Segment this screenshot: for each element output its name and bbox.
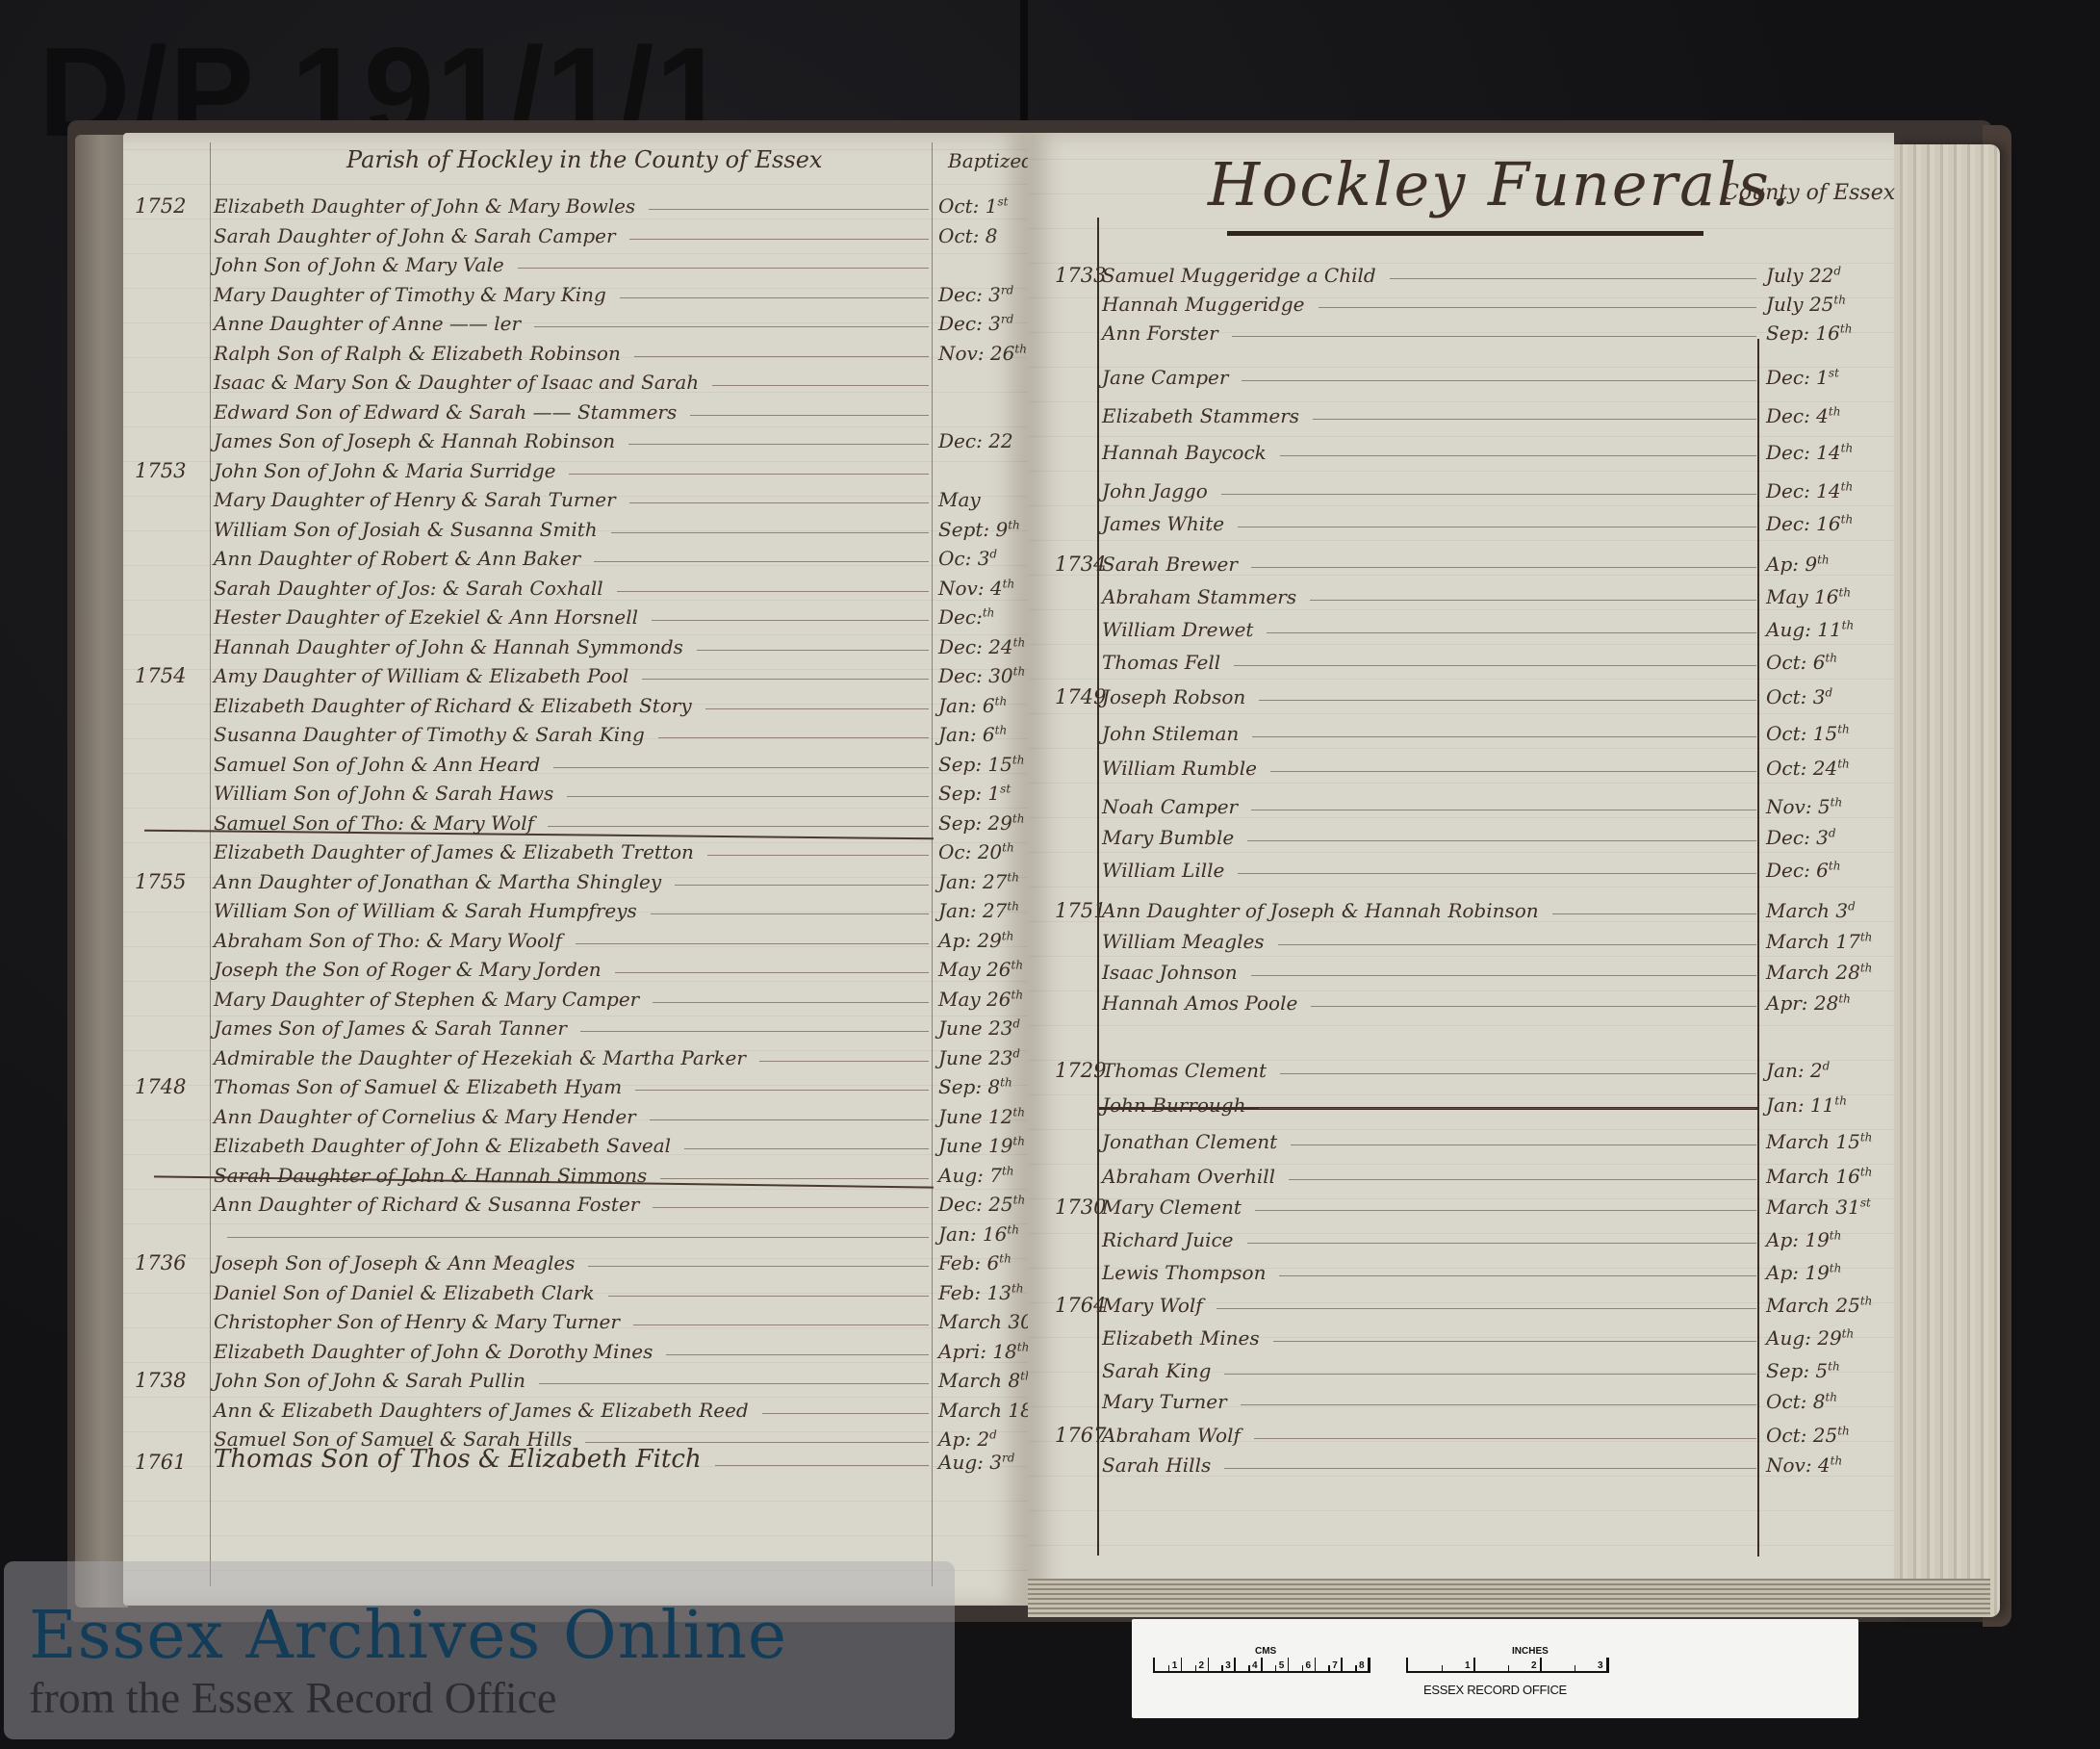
- entry-date: Aug: 29th: [1766, 1326, 1901, 1350]
- register-entry: 1755Ann Daughter of Jonathan & Martha Sh…: [214, 864, 1027, 893]
- entry-date: Jan: 11th: [1766, 1093, 1901, 1117]
- entry-year: 1761: [135, 1451, 186, 1474]
- left-page-header: Parish of Hockley in the County of Essex: [346, 146, 822, 173]
- entry-leader-line: [1232, 336, 1756, 337]
- entry-year: 1751: [1055, 899, 1106, 922]
- entry-leader-line: [617, 591, 929, 592]
- entry-date: Sep: 16th: [1766, 322, 1901, 345]
- entry-name: John Son of John & Mary Vale: [214, 253, 504, 276]
- register-entry: Thomas FellOct: 6th: [1102, 645, 1901, 674]
- entry-date: March 8th: [938, 1369, 1027, 1392]
- entry-leader-line: [629, 502, 929, 503]
- entry-leader-line: [684, 1148, 929, 1149]
- entry-name: Hannah Daughter of John & Hannah Symmond…: [214, 635, 683, 658]
- entry-date: Feb: 6th: [938, 1251, 1027, 1274]
- register-entry: William Son of William & Sarah Humpfreys…: [214, 893, 1027, 922]
- measurement-ruler: CMS 12345678 INCHES 123 ESSEX RECORD OFF…: [1132, 1619, 1858, 1718]
- entry-name: Isaac Johnson: [1102, 961, 1238, 984]
- ruler-major-tick: [1288, 1658, 1290, 1671]
- register-entry: Sarah KingSep: 5th: [1102, 1353, 1901, 1382]
- entry-date: March 31st: [1766, 1196, 1901, 1219]
- register-entry: Mary TurnerOct: 8th: [1102, 1384, 1901, 1413]
- entry-date: Dec: 1st: [1766, 366, 1901, 389]
- register-entry: Daniel Son of Daniel & Elizabeth ClarkFe…: [214, 1275, 1027, 1304]
- entry-leader-line: [628, 444, 929, 445]
- entry-leader-line: [629, 239, 929, 240]
- ruler-major-tick: [1181, 1658, 1183, 1671]
- entry-date: June 19th: [938, 1134, 1027, 1157]
- register-entry: Elizabeth Daughter of Richard & Elizabet…: [214, 688, 1027, 717]
- ruler-tick-label: 5: [1279, 1660, 1285, 1671]
- ruler-major-tick: [1341, 1658, 1343, 1671]
- ruler-minor-tick: [1221, 1665, 1223, 1671]
- entry-leader-line: [1278, 944, 1756, 945]
- entry-name: Ann Daughter of Cornelius & Mary Hender: [214, 1105, 636, 1128]
- register-entry: 1751Ann Daughter of Joseph & Hannah Robi…: [1102, 893, 1901, 922]
- entry-leader-line: [705, 708, 929, 709]
- entry-leader-line: [1259, 700, 1756, 701]
- county-label: County of Essex: [1723, 181, 1895, 205]
- register-entry: Sarah HillsNov: 4th: [1102, 1448, 1901, 1477]
- ruler-minor-tick: [1442, 1665, 1444, 1671]
- register-entry: Mary BumbleDec: 3d: [1102, 820, 1901, 849]
- register-entry: 1767Abraham WolfOct: 25th: [1102, 1418, 1901, 1447]
- entry-leader-line: [707, 855, 929, 856]
- entry-date: Dec: 3rd: [938, 312, 1027, 335]
- entry-date: Aug: 7th: [938, 1164, 1027, 1187]
- entry-date: Nov: 4th: [1766, 1453, 1901, 1477]
- entry-date: Oct: 6th: [1766, 651, 1901, 674]
- entry-leader-line: [534, 326, 929, 327]
- entry-date: Jan: 6th: [938, 723, 1027, 746]
- entry-name: Isaac & Mary Son & Daughter of Isaac and…: [214, 371, 699, 394]
- register-entry: Hannah BaycockDec: 14th: [1102, 435, 1901, 464]
- ruler-minor-tick: [1168, 1665, 1170, 1671]
- register-entry: 1749Joseph RobsonOct: 3d: [1102, 680, 1901, 708]
- entry-date: Sep: 1st: [938, 782, 1027, 805]
- record-office-label: ESSEX RECORD OFFICE: [1132, 1683, 1858, 1697]
- register-entry: Abraham Son of Tho: & Mary WoolfAp: 29th: [214, 923, 1027, 952]
- register-entry: Elizabeth Daughter of John & Elizabeth S…: [214, 1128, 1027, 1157]
- entry-name: Admirable the Daughter of Hezekiah & Mar…: [214, 1046, 746, 1069]
- ruler-major-tick: [1540, 1658, 1542, 1671]
- entry-name: Elizabeth Stammers: [1102, 404, 1299, 427]
- entry-name: Elizabeth Daughter of Richard & Elizabet…: [214, 694, 692, 717]
- entry-date: Nov: 26th: [938, 342, 1027, 365]
- entry-name: Joseph the Son of Roger & Mary Jorden: [214, 958, 602, 981]
- entry-date: Aug: 3rd: [938, 1451, 1027, 1474]
- entry-leader-line: [642, 679, 929, 680]
- entry-date: Dec: 16th: [1766, 512, 1901, 535]
- register-entry: Jane CamperDec: 1st: [1102, 360, 1901, 389]
- register-entry: John StilemanOct: 15th: [1102, 716, 1901, 745]
- entry-name: John Stileman: [1102, 722, 1239, 745]
- entry-leader-line: [1291, 1145, 1756, 1145]
- entry-name: Susanna Daughter of Timothy & Sarah King: [214, 723, 645, 746]
- entry-name: Joseph Son of Joseph & Ann Meagles: [214, 1251, 575, 1274]
- entry-leader-line: [608, 1296, 929, 1297]
- entry-leader-line: [1238, 527, 1756, 527]
- baptized-column-header: Baptized: [948, 149, 1034, 172]
- funerals-title: Hockley Funerals.: [1208, 149, 1791, 219]
- entry-leader-line: [652, 620, 929, 621]
- ruler-minor-tick: [1302, 1665, 1304, 1671]
- entry-date: Aug: 11th: [1766, 618, 1901, 641]
- entry-leader-line: [1267, 632, 1756, 633]
- entry-name: Amy Daughter of William & Elizabeth Pool: [214, 664, 628, 687]
- entry-leader-line: [1224, 1374, 1756, 1375]
- register-entry: Christopher Son of Henry & Mary TurnerMa…: [214, 1304, 1027, 1333]
- entry-date: Dec: 3rd: [938, 283, 1027, 306]
- entry-name: Hannah Amos Poole: [1102, 991, 1297, 1015]
- entry-name: Edward Son of Edward & Sarah —— Stammers: [214, 400, 677, 424]
- ruler-minor-tick: [1275, 1665, 1277, 1671]
- entry-name: James Son of James & Sarah Tanner: [214, 1016, 567, 1040]
- entry-name: William Drewet: [1102, 618, 1253, 641]
- entry-name: John Son of John & Maria Surridge: [214, 459, 555, 482]
- register-entry: Mary Daughter of Timothy & Mary KingDec:…: [214, 277, 1027, 306]
- entry-leader-line: [697, 650, 929, 651]
- entry-name: Abraham Wolf: [1102, 1424, 1241, 1447]
- register-entry: Isaac & Mary Son & Daughter of Isaac and…: [214, 365, 1027, 394]
- entry-leader-line: [1247, 1243, 1756, 1244]
- register-entry: Edward Son of Edward & Sarah —— Stammers: [214, 395, 1027, 424]
- entry-leader-line: [653, 1207, 929, 1208]
- entry-name: Mary Clement: [1102, 1196, 1242, 1219]
- entry-date: Ap: 19th: [1766, 1228, 1901, 1251]
- entry-date: Jan: 27th: [938, 899, 1027, 922]
- register-entry: William MeaglesMarch 17th: [1102, 924, 1901, 953]
- entry-date: Dec: 4th: [1766, 404, 1901, 427]
- entry-leader-line: [1242, 380, 1756, 381]
- entry-leader-line: [567, 796, 929, 797]
- entry-name: Abraham Stammers: [1102, 585, 1296, 608]
- register-entry: Abraham StammersMay 16th: [1102, 579, 1901, 608]
- register-entry: 1730Mary ClementMarch 31st: [1102, 1190, 1901, 1219]
- entry-leader-line: [1251, 975, 1756, 976]
- entry-name: John Son of John & Sarah Pullin: [214, 1369, 525, 1392]
- entry-name: Hannah Baycock: [1102, 441, 1267, 464]
- entry-year: 1734: [1055, 553, 1106, 576]
- entry-name: Elizabeth Daughter of John & Elizabeth S…: [214, 1134, 671, 1157]
- entry-date: Apri: 18th: [938, 1340, 1027, 1363]
- entry-date: Dec: 22: [938, 429, 1027, 452]
- entry-year: 1748: [135, 1075, 186, 1098]
- register-entry: Richard JuiceAp: 19th: [1102, 1222, 1901, 1251]
- entry-name: Lewis Thompson: [1102, 1261, 1266, 1284]
- entry-leader-line: [594, 561, 929, 562]
- register-entry: Samuel Son of John & Ann HeardSep: 15th: [214, 747, 1027, 776]
- entry-name: Hannah Muggeridge: [1102, 293, 1305, 316]
- entry-date: Jan: 6th: [938, 694, 1027, 717]
- entry-leader-line: [1255, 1210, 1756, 1211]
- archive-logo-title: Essex Archives Online: [29, 1598, 787, 1674]
- cm-unit-label: CMS: [1255, 1646, 1276, 1657]
- cm-scale: 12345678: [1153, 1658, 1370, 1673]
- entry-name: Thomas Son of Thos & Elizabeth Fitch: [214, 1445, 702, 1474]
- entry-leader-line: [653, 1002, 929, 1003]
- register-entry: Sarah Daughter of John & Sarah CamperOct…: [214, 219, 1027, 247]
- book-binding-left: [75, 135, 128, 1608]
- register-entry: Hannah MuggeridgeJuly 25th: [1102, 287, 1901, 316]
- ruler-tick-label: 3: [1598, 1660, 1603, 1671]
- register-entry: Elizabeth Daughter of James & Elizabeth …: [214, 835, 1027, 863]
- ruler-tick-label: 2: [1199, 1660, 1205, 1671]
- register-entry: Mary Daughter of Stephen & Mary CamperMa…: [214, 982, 1027, 1011]
- register-entry: Sarah Daughter of Jos: & Sarah CoxhallNo…: [214, 571, 1027, 600]
- entry-date: Oct: 1st: [938, 194, 1027, 218]
- background-divider: [1020, 0, 1028, 135]
- entry-name: Sarah Brewer: [1102, 553, 1238, 576]
- entry-leader-line: [649, 209, 929, 210]
- entry-date: Dec: 24th: [938, 635, 1027, 658]
- ruler-major-tick: [1473, 1658, 1475, 1671]
- entry-name: John Jaggo: [1102, 479, 1208, 502]
- entry-date: Jan: 16th: [938, 1222, 1027, 1246]
- entry-leader-line: [650, 1119, 929, 1120]
- entry-date: March 18th: [938, 1399, 1027, 1422]
- entry-name: Sarah Daughter of John & Sarah Camper: [214, 224, 616, 247]
- register-entry: Anne Daughter of Anne —— lerDec: 3rd: [214, 306, 1027, 335]
- entry-date: Jan: 2d: [1766, 1059, 1901, 1082]
- ruler-minor-tick: [1355, 1665, 1357, 1671]
- entry-name: William Son of John & Sarah Haws: [214, 782, 553, 805]
- ruler-minor-tick: [1508, 1665, 1510, 1671]
- register-entry: 1733Samuel Muggeridge a ChildJuly 22d: [1102, 258, 1901, 287]
- entry-name: William Son of William & Sarah Humpfreys: [214, 899, 637, 922]
- entry-date: Oct: 25th: [1766, 1424, 1901, 1447]
- register-entry: Samuel Son of Tho: & Mary WolfSep: 29th: [214, 806, 1027, 835]
- register-entry: William Son of Josiah & Susanna SmithSep…: [214, 512, 1027, 541]
- register-entry: John JaggoDec: 14th: [1102, 474, 1901, 502]
- entry-date: March 25th: [1766, 1294, 1901, 1317]
- entry-date: June 12th: [938, 1105, 1027, 1128]
- archive-logo-subtitle: from the Essex Record Office: [29, 1672, 556, 1723]
- register-entry: Admirable the Daughter of Hezekiah & Mar…: [214, 1041, 1027, 1069]
- entry-year: 1736: [135, 1251, 186, 1274]
- entry-date: Apr: 28th: [1766, 991, 1901, 1015]
- register-entry: Hester Daughter of Ezekiel & Ann Horsnel…: [214, 600, 1027, 629]
- entry-date: Dec: 14th: [1766, 441, 1901, 464]
- entry-leader-line: [1251, 567, 1756, 568]
- entry-year: 1729: [1055, 1059, 1106, 1082]
- entry-name: Abraham Son of Tho: & Mary Woolf: [214, 929, 562, 952]
- entry-leader-line: [666, 1354, 929, 1355]
- entry-name: Samuel Muggeridge a Child: [1102, 264, 1376, 287]
- entry-date: Dec: 14th: [1766, 479, 1901, 502]
- entry-name: John Burrough: [1102, 1093, 1245, 1117]
- entry-leader-line: [1234, 665, 1756, 666]
- entry-year: 1767: [1055, 1424, 1106, 1447]
- entry-name: Joseph Robson: [1102, 685, 1245, 708]
- entry-name: Richard Juice: [1102, 1228, 1234, 1251]
- ruler-major-tick: [1234, 1658, 1236, 1671]
- register-entry: 1761Thomas Son of Thos & Elizabeth Fitch…: [214, 1445, 1027, 1474]
- entry-name: Thomas Clement: [1102, 1059, 1267, 1082]
- entry-date: Oct: 8: [938, 224, 1027, 247]
- entry-date: June 23d: [938, 1016, 1027, 1040]
- register-entry: James Son of James & Sarah TannerJune 23…: [214, 1011, 1027, 1040]
- register-entry: Abraham OverhillMarch 16th: [1102, 1159, 1901, 1188]
- entry-date: Oct: 3d: [1766, 685, 1901, 708]
- register-entry: Hannah Daughter of John & Hannah Symmond…: [214, 630, 1027, 658]
- ruler-major-tick: [1315, 1658, 1317, 1671]
- right-margin-rule: [1097, 218, 1099, 1556]
- ruler-major-tick: [1261, 1658, 1263, 1671]
- entry-date: May 16th: [1766, 585, 1901, 608]
- register-entry: Jan: 16th: [214, 1217, 1027, 1246]
- entry-leader-line: [615, 972, 929, 973]
- entry-name: Mary Daughter of Timothy & Mary King: [214, 283, 606, 306]
- entry-leader-line: [539, 1383, 929, 1384]
- entry-leader-line: [576, 943, 929, 944]
- register-entry: John Son of John & Mary Vale: [214, 247, 1027, 276]
- entry-name: Christopher Son of Henry & Mary Turner: [214, 1310, 620, 1333]
- entry-date: Oc: 3d: [938, 547, 1027, 570]
- entry-leader-line: [580, 1031, 929, 1032]
- register-entry: Isaac JohnsonMarch 28th: [1102, 955, 1901, 984]
- entry-date: March 17th: [1766, 930, 1901, 953]
- entry-leader-line: [1254, 1438, 1756, 1439]
- register-entry: Mary Daughter of Henry & Sarah TurnerMay: [214, 482, 1027, 511]
- ruler-minor-tick: [1575, 1665, 1576, 1671]
- entry-leader-line: [690, 415, 929, 416]
- entry-year: 1755: [135, 870, 186, 893]
- ruler-major-tick: [1368, 1658, 1370, 1671]
- entry-name: Elizabeth Daughter of James & Elizabeth …: [214, 840, 694, 863]
- entry-date: Oct: 24th: [1766, 757, 1901, 780]
- entry-year: 1754: [135, 664, 186, 687]
- entry-leader-line: [1310, 600, 1756, 601]
- entry-leader-line: [1319, 307, 1757, 308]
- register-entry: 1748Thomas Son of Samuel & Elizabeth Hya…: [214, 1069, 1027, 1098]
- entry-date: Nov: 4th: [938, 577, 1027, 600]
- entry-name: Samuel Son of Tho: & Mary Wolf: [214, 811, 534, 835]
- entry-leader-line: [1390, 278, 1756, 279]
- entry-date: Feb: 13th: [938, 1281, 1027, 1304]
- entry-name: Ralph Son of Ralph & Elizabeth Robinson: [214, 342, 621, 365]
- ruler-minor-tick: [1248, 1665, 1250, 1671]
- entry-name: Elizabeth Daughter of John & Mary Bowles: [214, 194, 635, 218]
- entry-name: Jonathan Clement: [1102, 1130, 1277, 1153]
- register-entry: Noah CamperNov: 5th: [1102, 789, 1901, 818]
- entry-name: Ann Daughter of Richard & Susanna Foster: [214, 1193, 639, 1216]
- entry-leader-line: [759, 1061, 929, 1062]
- entry-name: Thomas Son of Samuel & Elizabeth Hyam: [214, 1075, 622, 1098]
- entry-date: Oct: 15th: [1766, 722, 1901, 745]
- register-entry: Ralph Son of Ralph & Elizabeth RobinsonN…: [214, 336, 1027, 365]
- entry-leader-line: [651, 913, 929, 914]
- entry-name: Mary Daughter of Stephen & Mary Camper: [214, 988, 639, 1011]
- entry-name: James Son of Joseph & Hannah Robinson: [214, 429, 615, 452]
- entry-date: Dec: 6th: [1766, 859, 1901, 882]
- entry-name: Sarah Daughter of John & Hannah Simmons: [214, 1164, 647, 1187]
- register-entry: Joseph the Son of Roger & Mary JordenMay…: [214, 952, 1027, 981]
- entry-date: Dec:th: [938, 605, 1027, 629]
- entry-leader-line: [1273, 1341, 1756, 1342]
- entry-leader-line: [1279, 1275, 1756, 1276]
- ruler-tick-label: 7: [1332, 1660, 1338, 1671]
- register-entry: John BurroughJan: 11th: [1102, 1088, 1901, 1117]
- title-underline: [1227, 231, 1703, 236]
- register-entry: William LilleDec: 6th: [1102, 853, 1901, 882]
- register-entry: Elizabeth MinesAug: 29th: [1102, 1321, 1901, 1350]
- entry-date: Nov: 5th: [1766, 795, 1901, 818]
- entry-date: March 15th: [1766, 1130, 1901, 1153]
- ruler-tick-label: 8: [1359, 1660, 1365, 1671]
- entry-leader-line: [660, 1178, 929, 1179]
- entry-name: Ann & Elizabeth Daughters of James & Eli…: [214, 1399, 749, 1422]
- entry-leader-line: [588, 1266, 929, 1267]
- register-entry: 1753John Son of John & Maria Surridge: [214, 453, 1027, 482]
- entry-name: Jane Camper: [1102, 366, 1228, 389]
- inch-unit-label: INCHES: [1512, 1646, 1549, 1657]
- ruler-minor-tick: [1328, 1665, 1330, 1671]
- entry-leader-line: [634, 356, 929, 357]
- entry-name: William Lille: [1102, 859, 1224, 882]
- entry-date: Ap: 9th: [1766, 553, 1901, 576]
- entry-name: Samuel Son of John & Ann Heard: [214, 753, 540, 776]
- entry-leader-line: [1252, 736, 1756, 737]
- ruler-major-tick: [1208, 1658, 1210, 1671]
- entry-name: Sarah King: [1102, 1359, 1211, 1382]
- ruler-tick-label: 2: [1531, 1660, 1537, 1671]
- ruler-tick-label: 1: [1465, 1660, 1471, 1671]
- register-entry: Ann Daughter of Robert & Ann BakerOc: 3d: [214, 541, 1027, 570]
- entry-year: 1738: [135, 1369, 186, 1392]
- entry-leader-line: [1280, 455, 1756, 456]
- entry-name: William Meagles: [1102, 930, 1265, 953]
- entry-leader-line: [620, 297, 929, 298]
- entry-date: March 30th: [938, 1310, 1027, 1333]
- entry-leader-line: [633, 1325, 929, 1325]
- entry-name: Elizabeth Daughter of John & Dorothy Min…: [214, 1340, 653, 1363]
- page-edges: [1894, 144, 2000, 1617]
- ruler-tick-label: 6: [1306, 1660, 1312, 1671]
- entry-leader-line: [569, 474, 929, 475]
- register-entry: James WhiteDec: 16th: [1102, 506, 1901, 535]
- page-bottom-edge: [1028, 1579, 1990, 1617]
- entry-date: March 16th: [1766, 1165, 1901, 1188]
- entry-date: March 28th: [1766, 961, 1901, 984]
- entry-date: Dec: 25th: [938, 1193, 1027, 1216]
- register-entry: Elizabeth Daughter of John & Dorothy Min…: [214, 1334, 1027, 1363]
- entry-date: Sep: 29th: [938, 811, 1027, 835]
- entry-leader-line: [585, 1442, 929, 1443]
- entry-leader-line: [1289, 1179, 1756, 1180]
- ruler-major-tick: [1606, 1658, 1608, 1671]
- entry-date: Dec: 30th: [938, 664, 1027, 687]
- register-entry: Elizabeth StammersDec: 4th: [1102, 399, 1901, 427]
- entry-leader-line: [762, 1413, 929, 1414]
- entry-date: Sept: 9th: [938, 518, 1027, 541]
- entry-year: 1752: [135, 194, 186, 218]
- entry-year: 1764: [1055, 1294, 1106, 1317]
- entry-date: Oc: 20th: [938, 840, 1027, 863]
- entry-name: Daniel Son of Daniel & Elizabeth Clark: [214, 1281, 595, 1304]
- entry-date: Sep: 8th: [938, 1075, 1027, 1098]
- left-margin-rule: [210, 142, 211, 1586]
- entry-date: Jan: 27th: [938, 870, 1027, 893]
- entry-date: March 3d: [1766, 899, 1901, 922]
- entry-date: Oct: 8th: [1766, 1390, 1901, 1413]
- entry-name: Thomas Fell: [1102, 651, 1220, 674]
- entry-leader-line: [1313, 419, 1756, 420]
- entry-leader-line: [1552, 913, 1756, 914]
- entry-name: Ann Daughter of Joseph & Hannah Robinson: [1102, 899, 1539, 922]
- entry-leader-line: [1270, 771, 1756, 772]
- register-entry: James Son of Joseph & Hannah RobinsonDec…: [214, 424, 1027, 452]
